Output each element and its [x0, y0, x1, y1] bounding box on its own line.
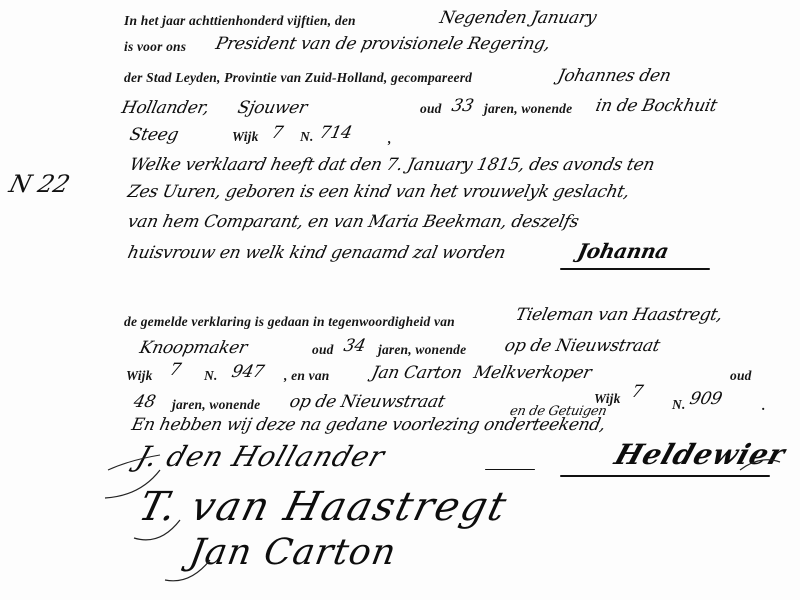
handwritten-father-occupation: Sjouwer	[236, 98, 309, 118]
handwritten-witness2-name: Jan Carton	[370, 363, 464, 383]
signature-comparant: J. den Hollander	[133, 440, 390, 473]
printed-text: , en van	[284, 368, 329, 384]
handwritten-declaration: van hem Comparant, en van Maria Beekman,…	[126, 212, 581, 232]
handwritten-house-number: 947	[230, 362, 266, 382]
signature-flourish	[485, 469, 535, 470]
handwritten-declaration: huisvrouw en welk kind genaamd zal worde…	[126, 243, 507, 263]
printed-text: .	[762, 398, 766, 414]
handwritten-date: Negenden January	[438, 8, 598, 28]
printed-text: In het jaar achttienhonderd vijftien, de…	[124, 13, 356, 29]
handwritten-declaration: Zes Uuren, geboren is een kind van het v…	[126, 182, 631, 202]
handwritten-wijk: 7	[270, 123, 285, 143]
printed-text: jaren, wonende	[172, 397, 260, 413]
handwritten-wijk: 7	[630, 382, 645, 402]
printed-text: Wijk	[232, 129, 259, 145]
handwritten-witness2-age: 48	[132, 392, 157, 412]
handwritten-witness1-residence: op de Nieuwstraat	[503, 336, 662, 356]
child-name: Johanna	[575, 239, 670, 263]
handwritten-age: 33	[450, 96, 475, 116]
printed-text: N.	[300, 129, 314, 145]
printed-text: N.	[672, 397, 686, 413]
civil-record-page: In het jaar achttienhonderd vijftien, de…	[0, 0, 800, 600]
printed-text: oud	[420, 101, 442, 117]
signature-president: Heldewier	[611, 438, 790, 471]
printed-text: oud	[312, 342, 334, 358]
handwritten-residence: in de Bockhuit	[594, 96, 719, 116]
handwritten-street: Steeg	[128, 125, 180, 145]
signature-witness2: Jan Carton	[186, 532, 399, 573]
handwritten-witness1-occupation: Knoopmaker	[138, 338, 249, 358]
printed-text: jaren, wonende	[484, 101, 572, 117]
handwritten-wijk: 7	[168, 360, 183, 380]
printed-text: oud	[730, 368, 752, 384]
printed-text: jaren, wonende	[378, 342, 466, 358]
handwritten-declaration: Welke verklaard heeft dat den 7. January…	[128, 155, 656, 175]
handwritten-house-number: 909	[688, 389, 724, 409]
printed-text: Wijk	[126, 368, 153, 384]
signature-flourish	[560, 475, 770, 477]
handwritten-insertion: en de Getuigen	[508, 404, 608, 419]
handwritten-witness2-residence: op de Nieuwstraat	[288, 392, 447, 412]
printed-text: de gemelde verklaring is gedaan in tegen…	[124, 314, 455, 330]
handwritten-official: President van de provisionele Regering,	[214, 34, 552, 54]
handwritten-witness2-occupation: Melkverkoper	[472, 363, 593, 383]
child-name-underline	[560, 268, 710, 270]
signature-witness1: T. van Haastregt	[134, 484, 512, 530]
handwritten-witness1-name: Tieleman van Haastregt,	[514, 305, 724, 325]
printed-text: N.	[204, 368, 218, 384]
entry-number: N 22	[6, 170, 73, 198]
printed-text: ,	[388, 131, 392, 147]
handwritten-house-number: 714	[318, 123, 354, 143]
handwritten-father-name: Johannes den	[556, 66, 673, 86]
printed-text: der Stad Leyden, Provintie van Zuid-Holl…	[124, 70, 472, 86]
printed-text: is voor ons	[124, 39, 186, 55]
handwritten-witness1-age: 34	[342, 336, 367, 356]
handwritten-father-surname: Hollander,	[120, 98, 211, 118]
